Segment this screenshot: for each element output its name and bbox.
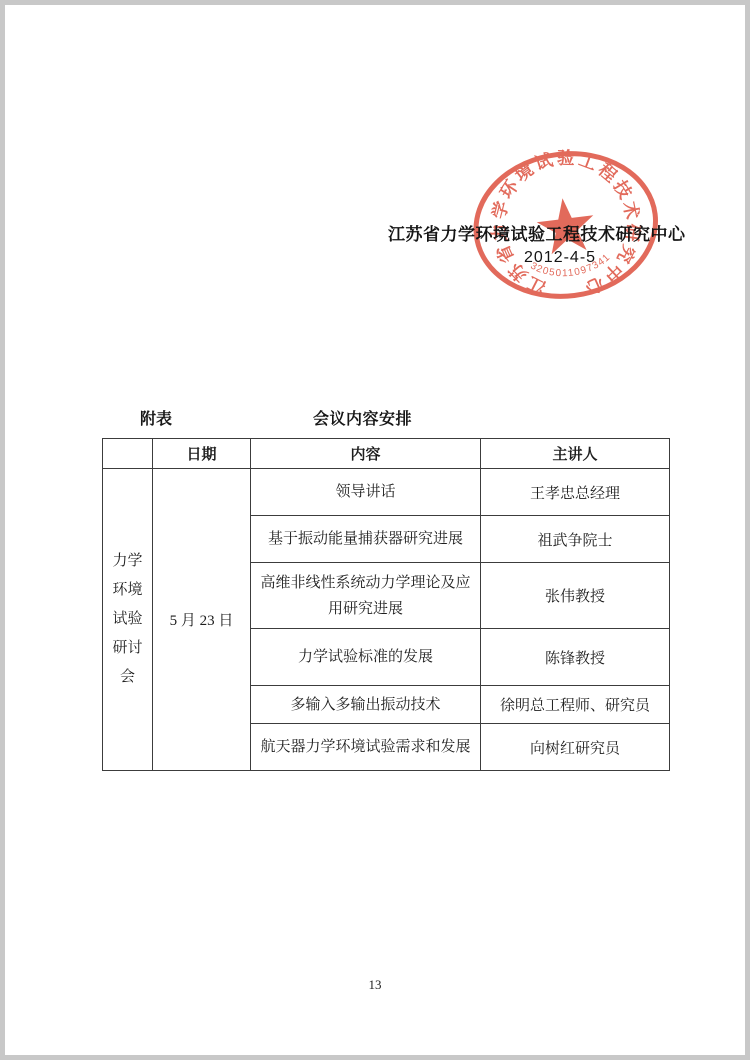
- speaker-cell: 张伟教授: [481, 563, 670, 629]
- content-cell: 航天器力学环境试验需求和发展: [251, 724, 481, 771]
- table-caption-title: 会议内容安排: [313, 406, 412, 429]
- page-number: 13: [0, 977, 750, 993]
- speaker-cell: 祖武争院士: [481, 516, 670, 563]
- meeting-schedule-table: 日期 内容 主讲人 力学 环境 试验 研讨 会 5 月 23 日 领导讲话 王孝…: [102, 438, 670, 771]
- organization-name: 江苏省力学环境试验工程技术研究中心: [388, 220, 686, 245]
- table-caption-label: 附表: [140, 406, 172, 429]
- group-label-cell: 力学 环境 试验 研讨 会: [103, 469, 153, 771]
- header-speaker: 主讲人: [481, 439, 670, 469]
- table-row: 力学 环境 试验 研讨 会 5 月 23 日 领导讲话 王孝忠总经理: [103, 469, 670, 516]
- signature-date: 2012-4-5: [524, 249, 596, 267]
- header-group: [103, 439, 153, 469]
- group-label-line: 力学: [107, 547, 148, 576]
- content-cell: 多输入多输出振动技术: [251, 686, 481, 724]
- speaker-cell: 向树红研究员: [481, 724, 670, 771]
- table-header-row: 日期 内容 主讲人: [103, 439, 670, 469]
- header-date: 日期: [153, 439, 251, 469]
- header-content: 内容: [251, 439, 481, 469]
- content-cell: 高维非线性系统动力学理论及应用研究进展: [251, 563, 481, 629]
- speaker-cell: 陈锋教授: [481, 629, 670, 686]
- date-cell: 5 月 23 日: [153, 469, 251, 771]
- content-cell: 力学试验标准的发展: [251, 629, 481, 686]
- content-cell: 基于振动能量捕获器研究进展: [251, 516, 481, 563]
- group-label-line: 会: [107, 663, 148, 692]
- group-label-line: 环境: [107, 576, 148, 605]
- group-label-line: 试验: [107, 605, 148, 634]
- speaker-cell: 王孝忠总经理: [481, 469, 670, 516]
- content-cell: 领导讲话: [251, 469, 481, 516]
- speaker-cell: 徐明总工程师、研究员: [481, 686, 670, 724]
- group-label-line: 研讨: [107, 634, 148, 663]
